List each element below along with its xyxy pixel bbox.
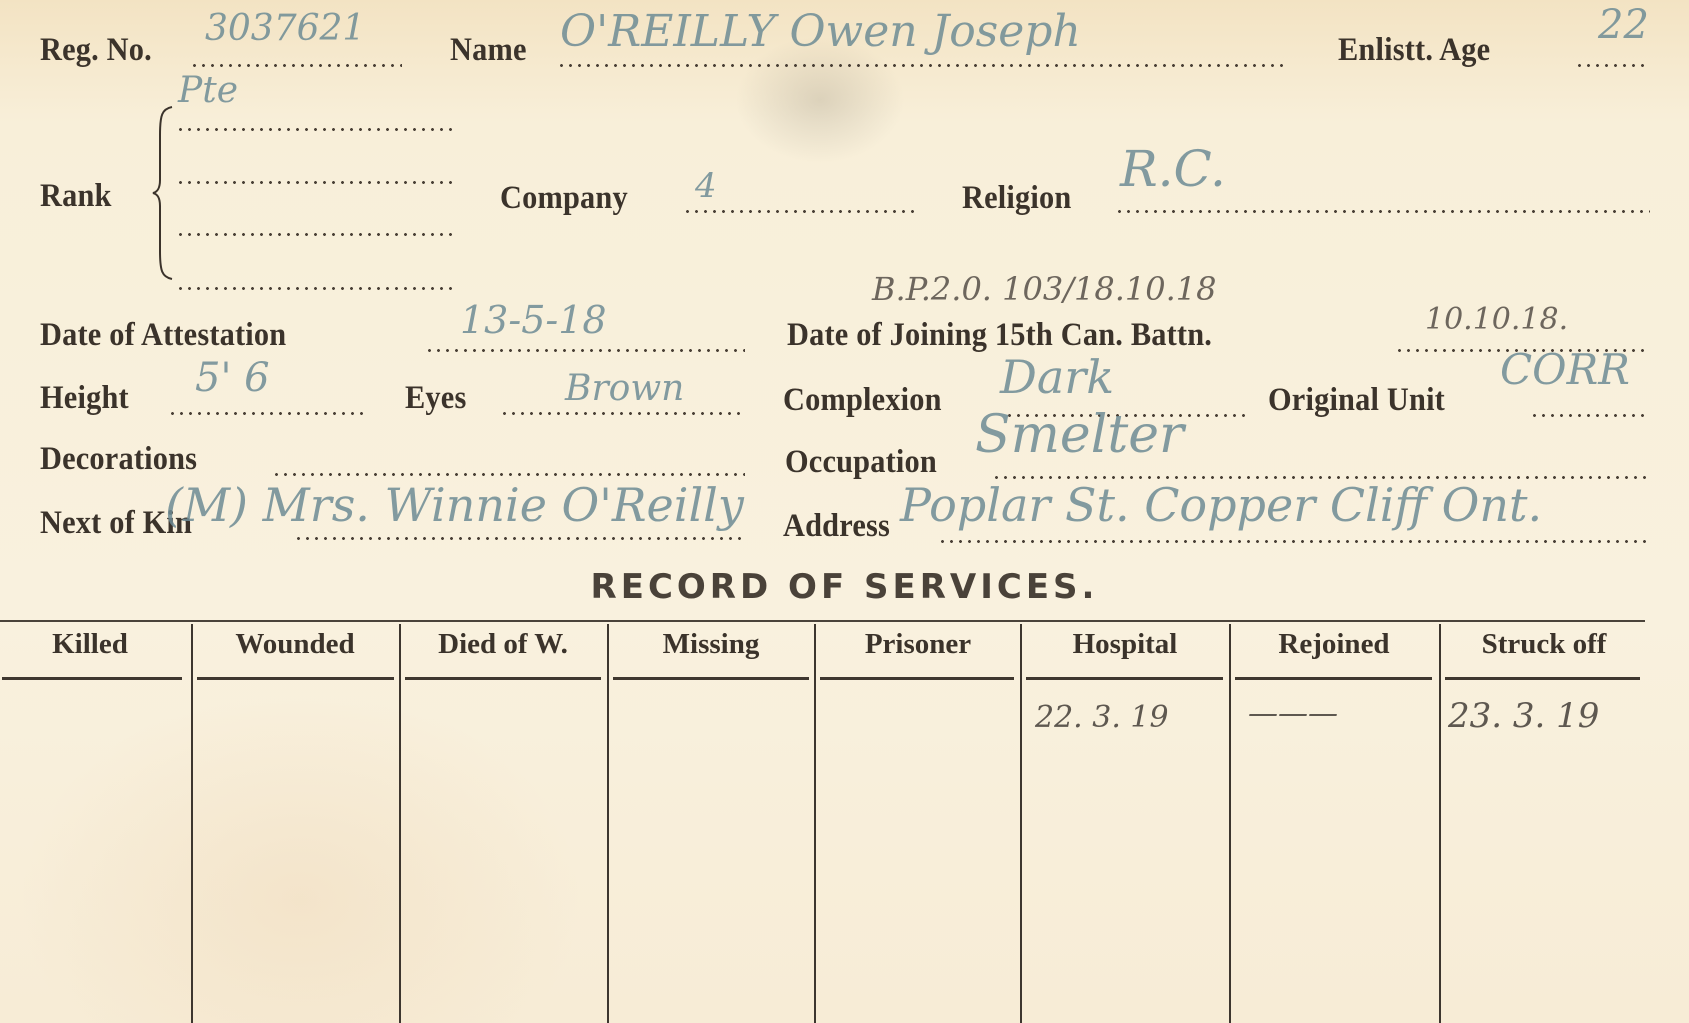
- next-of-kin-value: (M) Mrs. Winnie O'Reilly: [165, 478, 744, 532]
- column-header-died-of-wounds: Died of W.: [403, 628, 603, 661]
- header-underline: [1235, 677, 1432, 680]
- attestation-label: Date of Attestation: [40, 317, 286, 354]
- column-header-killed: Killed: [0, 628, 180, 661]
- header-underline: [1026, 677, 1223, 680]
- name-dotted-line: [557, 64, 1289, 67]
- joining-reference-note: B.P.2.0. 103/18.10.18: [872, 270, 1217, 308]
- column-divider: [191, 624, 193, 1023]
- enlist-age-value: 22: [1598, 2, 1649, 48]
- header-underline: [197, 677, 394, 680]
- rank-dotted-line-3: [176, 233, 458, 236]
- rank-dotted-line-1: [176, 128, 458, 131]
- rank-dotted-line-2: [176, 181, 458, 184]
- height-value: 5' 6: [195, 355, 270, 401]
- rejoined-dash-value: ———: [1248, 696, 1338, 731]
- struck-off-date-value: 23. 3. 19: [1448, 696, 1599, 736]
- header-underline: [1445, 677, 1640, 680]
- rank-value: Pte: [178, 70, 238, 111]
- name-label: Name: [450, 32, 527, 69]
- column-header-prisoner: Prisoner: [818, 628, 1018, 661]
- rank-dotted-line-4: [176, 287, 458, 290]
- column-divider: [814, 624, 816, 1023]
- enlist-age-dotted-line: [1575, 64, 1650, 67]
- complexion-value: Dark: [1000, 350, 1114, 404]
- eyes-dotted-line: [500, 412, 745, 415]
- height-label: Height: [40, 380, 129, 417]
- table-top-rule: [0, 620, 1645, 622]
- reg-no-value: 3037621: [205, 8, 365, 49]
- decorations-dotted-line: [272, 473, 745, 476]
- address-value: Poplar St. Copper Cliff Ont.: [900, 478, 1542, 532]
- column-header-wounded: Wounded: [195, 628, 395, 661]
- religion-label: Religion: [962, 180, 1071, 217]
- original-unit-value: CORR: [1500, 345, 1630, 394]
- original-unit-label: Original Unit: [1268, 382, 1445, 419]
- column-header-hospital: Hospital: [1024, 628, 1226, 661]
- eyes-value: Brown: [565, 368, 684, 409]
- column-header-struck-off: Struck off: [1443, 628, 1645, 661]
- column-divider: [607, 624, 609, 1023]
- decorations-label: Decorations: [40, 441, 197, 478]
- occupation-value: Smelter: [975, 405, 1184, 465]
- column-header-rejoined: Rejoined: [1233, 628, 1435, 661]
- attestation-dotted-line: [425, 349, 745, 352]
- column-divider: [1439, 624, 1441, 1023]
- name-value: O'REILLY Owen Joseph: [560, 6, 1081, 57]
- rank-label: Rank: [40, 178, 112, 215]
- column-divider: [1229, 624, 1231, 1023]
- joining-value: 10.10.18.: [1425, 302, 1568, 337]
- joining-label: Date of Joining 15th Can. Battn.: [787, 317, 1212, 354]
- height-dotted-line: [168, 412, 368, 415]
- column-divider: [1020, 624, 1022, 1023]
- religion-value: R.C.: [1120, 140, 1226, 198]
- reg-no-dotted-line: [190, 64, 402, 67]
- header-underline: [613, 677, 809, 680]
- record-of-services-title: RECORD OF SERVICES.: [0, 567, 1689, 607]
- address-label: Address: [783, 508, 890, 545]
- enlist-age-label: Enlistt. Age: [1338, 32, 1490, 69]
- hospital-date-value: 22. 3. 19: [1035, 700, 1169, 735]
- occupation-label: Occupation: [785, 444, 937, 481]
- reg-no-label: Reg. No.: [40, 32, 152, 69]
- column-divider: [399, 624, 401, 1023]
- address-dotted-line: [938, 540, 1650, 543]
- eyes-label: Eyes: [405, 380, 466, 417]
- attestation-value: 13-5-18: [460, 298, 607, 342]
- rank-brace-icon: [152, 105, 174, 280]
- religion-dotted-line: [1115, 210, 1650, 213]
- header-underline: [820, 677, 1014, 680]
- next-of-kin-dotted-line: [294, 537, 745, 540]
- company-value: 4: [695, 166, 717, 206]
- header-underline: [405, 677, 601, 680]
- company-dotted-line: [683, 210, 915, 213]
- company-label: Company: [500, 180, 628, 217]
- original-unit-dotted-line: [1530, 414, 1650, 417]
- column-header-missing: Missing: [611, 628, 811, 661]
- complexion-label: Complexion: [783, 382, 942, 419]
- service-record-card: Reg. No. 3037621 Name O'REILLY Owen Jose…: [0, 0, 1689, 1023]
- header-underline: [2, 677, 182, 680]
